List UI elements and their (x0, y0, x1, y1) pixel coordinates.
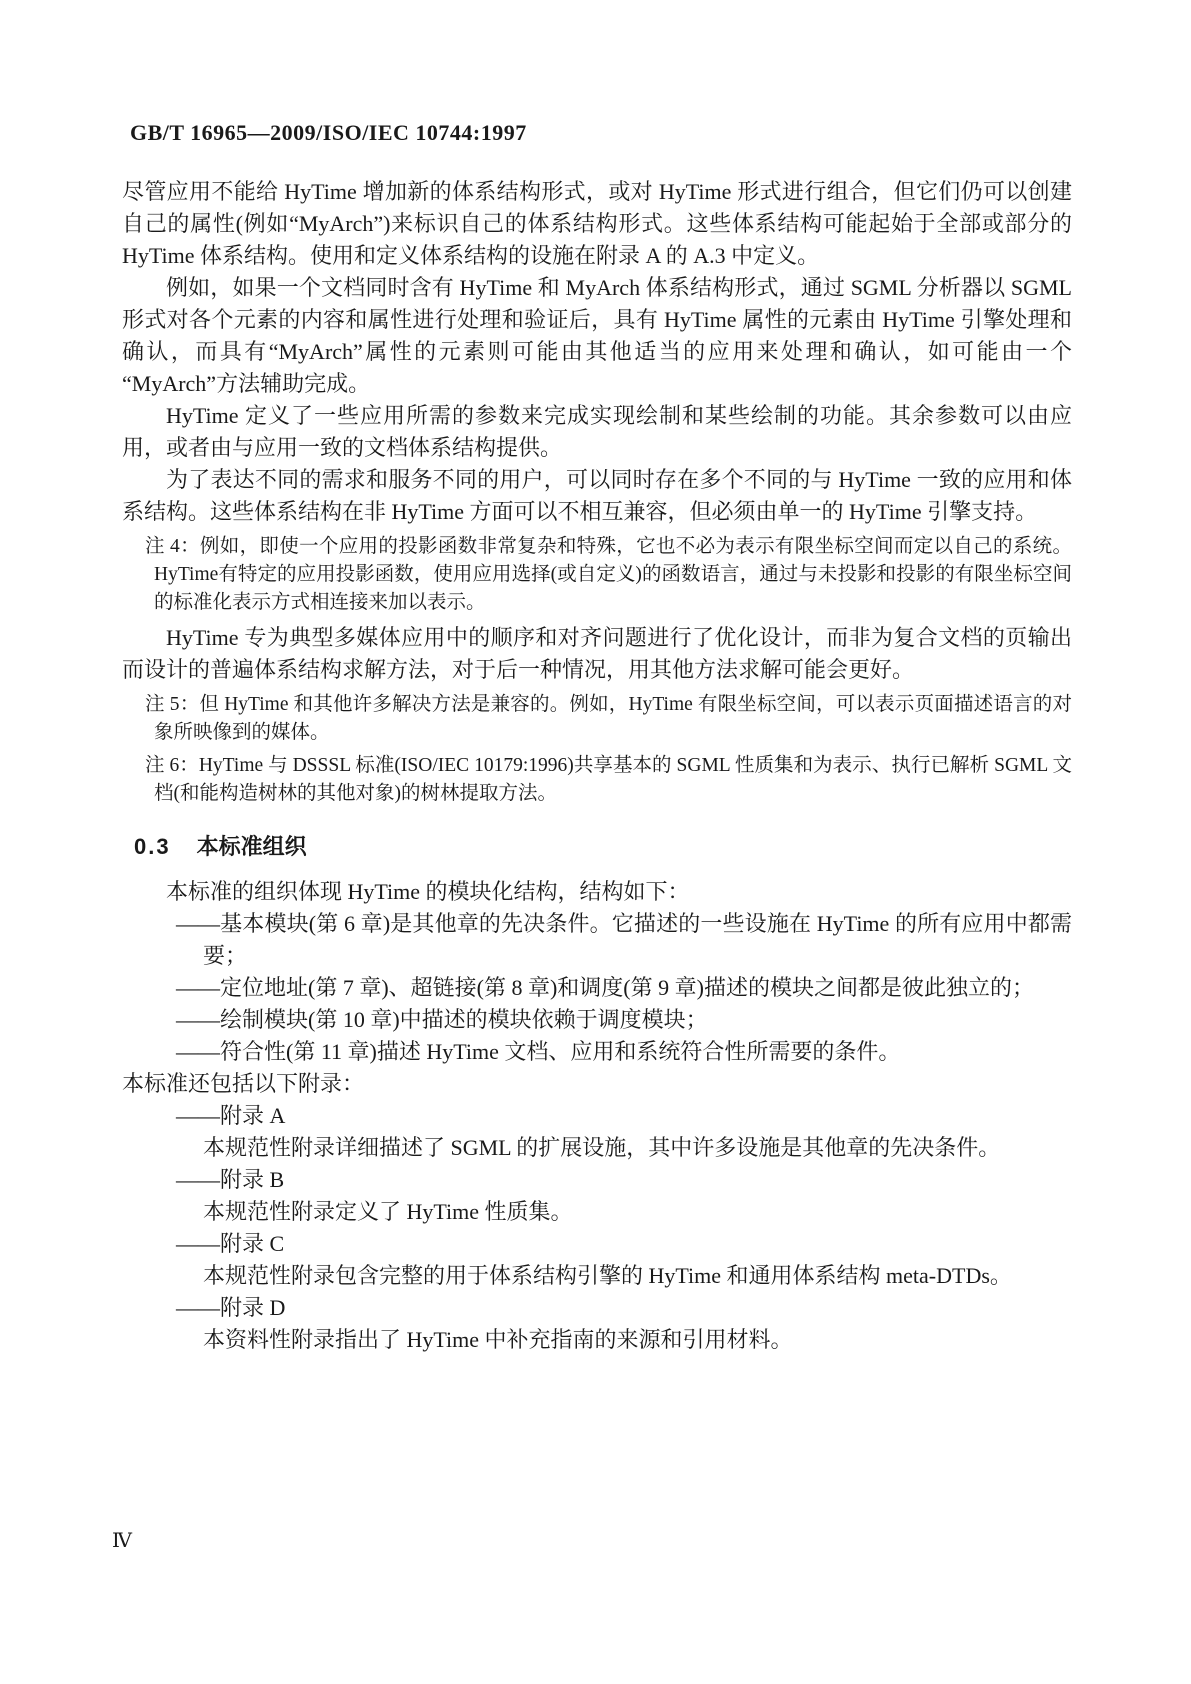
section-number: 0.3 (134, 834, 171, 859)
annex-desc-d: 本资料性附录指出了 HyTime 中补充指南的来源和引用材料。 (122, 1324, 1072, 1356)
module-list-item: ——符合性(第 11 章)描述 HyTime 文档、应用和系统符合性所需要的条件… (122, 1036, 1072, 1068)
annex-label-d: ——附录 D (122, 1292, 1072, 1324)
annex-desc-c: 本规范性附录包含完整的用于体系结构引擎的 HyTime 和通用体系结构 meta… (122, 1260, 1072, 1292)
note-5: 注 5：但 HyTime 和其他许多解决方法是兼容的。例如，HyTime 有限坐… (122, 691, 1072, 747)
page-body: 尽管应用不能给 HyTime 增加新的体系结构形式，或对 HyTime 形式进行… (122, 176, 1072, 1356)
page-number: Ⅳ (112, 1528, 132, 1552)
foreword-paragraph-1: 尽管应用不能给 HyTime 增加新的体系结构形式，或对 HyTime 形式进行… (122, 176, 1072, 272)
note-6: 注 6：HyTime 与 DSSSL 标准(ISO/IEC 10179:1996… (122, 752, 1072, 808)
section-heading: 0.3本标准组织 (122, 832, 1072, 862)
running-header-standard-number: GB/T 16965—2009/ISO/IEC 10744:1997 (130, 120, 527, 146)
section-lead-paragraph: 本标准的组织体现 HyTime 的模块化结构，结构如下： (122, 876, 1072, 908)
section-title: 本标准组织 (197, 834, 307, 859)
foreword-paragraph-3: HyTime 定义了一些应用所需的参数来完成实现绘制和某些绘制的功能。其余参数可… (122, 400, 1072, 464)
annex-desc-a: 本规范性附录详细描述了 SGML 的扩展设施，其中许多设施是其他章的先决条件。 (122, 1132, 1072, 1164)
document-page: GB/T 16965—2009/ISO/IEC 10744:1997 尽管应用不… (0, 0, 1191, 1684)
annex-label-a: ——附录 A (122, 1100, 1072, 1132)
module-list-item: ——绘制模块(第 10 章)中描述的模块依赖于调度模块； (122, 1004, 1072, 1036)
annex-label-b: ——附录 B (122, 1164, 1072, 1196)
module-list-item: ——基本模块(第 6 章)是其他章的先决条件。它描述的一些设施在 HyTime … (122, 908, 1072, 972)
foreword-paragraph-4: 为了表达不同的需求和服务不同的用户，可以同时存在多个不同的与 HyTime 一致… (122, 464, 1072, 528)
foreword-paragraph-2: 例如，如果一个文档同时含有 HyTime 和 MyArch 体系结构形式，通过 … (122, 272, 1072, 400)
note-4: 注 4：例如，即使一个应用的投影函数非常复杂和特殊，它也不必为表示有限坐标空间而… (122, 533, 1072, 617)
module-list-item: ——定位地址(第 7 章)、超链接(第 8 章)和调度(第 9 章)描述的模块之… (122, 972, 1072, 1004)
annex-desc-b: 本规范性附录定义了 HyTime 性质集。 (122, 1196, 1072, 1228)
annex-label-c: ——附录 C (122, 1228, 1072, 1260)
foreword-paragraph-5: HyTime 专为典型多媒体应用中的顺序和对齐问题进行了优化设计，而非为复合文档… (122, 622, 1072, 686)
annex-lead-paragraph: 本标准还包括以下附录： (122, 1068, 1072, 1100)
